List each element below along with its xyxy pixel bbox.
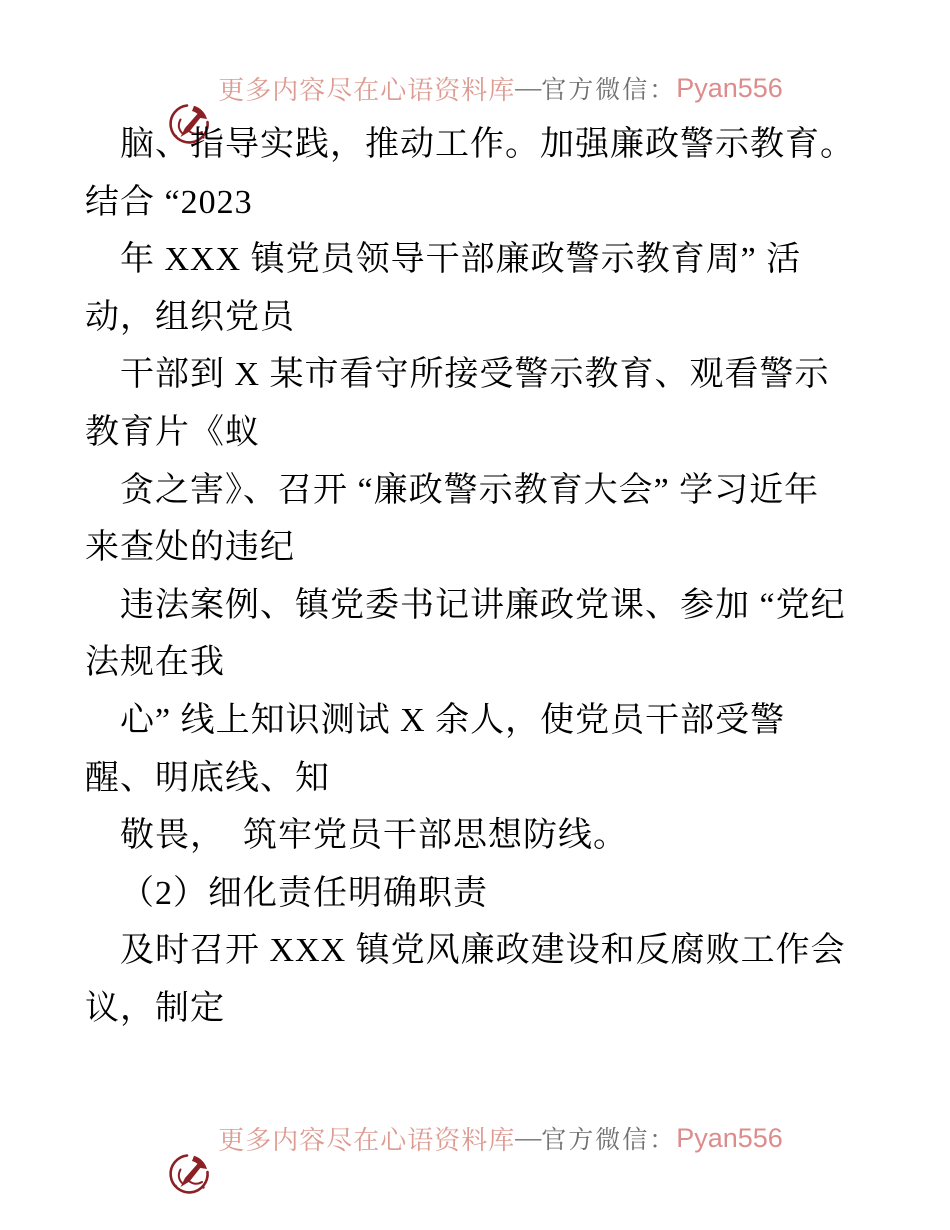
doc-line: 结合 “2023 [85,174,880,232]
dash-separator: — [515,73,541,103]
wechat-label: 官方微信： [541,70,676,106]
footer-watermark: 更多内容尽在心语资料库—官方微信：Pyan556 [0,1116,950,1160]
doc-line: （2）细化责任明确职责 [85,865,880,923]
brand-text: 更多内容尽在心语资料库 [218,70,515,107]
doc-line: 敬畏， 筑牢党员干部思想防线。 [85,807,880,865]
wechat-account: Pyan556 [676,1123,783,1154]
header-watermark: 更多内容尽在心语资料库—官方微信：Pyan556 [0,66,950,110]
doc-line: 干部到 X 某市看守所接受警示教育、观看警示 [85,346,880,404]
document-page: 脑、指导实践，推动工作。加强廉政警示教育。 结合 “2023 年 XXX 镇党员… [85,116,880,1038]
dash-separator: — [515,1123,541,1153]
doc-line: 来查处的违纪 [85,519,880,577]
doc-line: 醒、明底线、知 [85,750,880,808]
wechat-account: Pyan556 [676,73,783,104]
doc-line: 教育片《蚁 [85,404,880,462]
doc-line: 及时召开 XXX 镇党风廉政建设和反腐败工作会 [85,922,880,980]
doc-line: 动，组织党员 [85,289,880,347]
pen-swirl-logo-icon [167,1116,211,1160]
doc-line: 违法案例、镇党委书记讲廉政党课、参加 “党纪 [85,577,880,635]
doc-line: 年 XXX 镇党员领导干部廉政警示教育周” 活 [85,231,880,289]
pen-swirl-logo-icon [167,66,211,110]
doc-line: 贪之害》、召开 “廉政警示教育大会” 学习近年 [85,462,880,520]
doc-line: 心” 线上知识测试 X 余人，使党员干部受警 [85,692,880,750]
wechat-label: 官方微信： [541,1120,676,1156]
doc-line: 法规在我 [85,634,880,692]
brand-text: 更多内容尽在心语资料库 [218,1120,515,1157]
doc-line: 议，制定 [85,980,880,1038]
doc-line: 脑、指导实践，推动工作。加强廉政警示教育。 [85,116,880,174]
